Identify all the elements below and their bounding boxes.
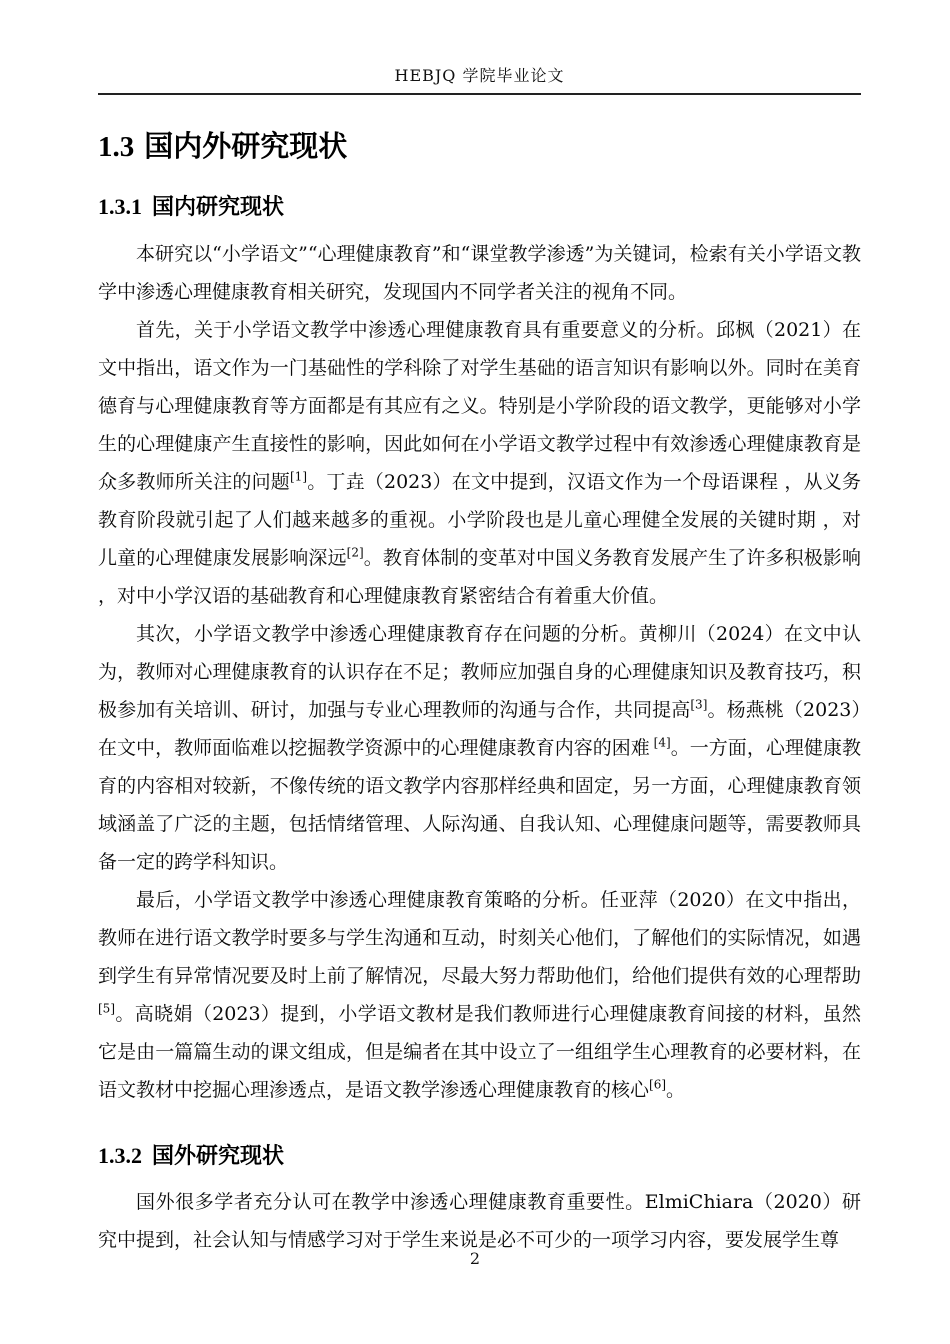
heading-1-3-2-title: 国外研究现状 [152, 1143, 284, 1168]
heading-1-3-1: 1.3.1国内研究现状 [98, 193, 861, 222]
heading-1-3-title: 国内外研究现状 [144, 131, 347, 163]
heading-1-3-1-number: 1.3.1 [98, 194, 142, 219]
paragraph-strategy-analysis: 最后，小学语文教学中渗透心理健康教育策略的分析。任亚萍（2020）在文中指出，教… [98, 881, 861, 1109]
page-number: 2 [0, 1249, 950, 1268]
page-content: HEBJQ 学院毕业论文 1.3国内外研究现状 1.3.1国内研究现状 本研究以… [0, 0, 950, 1259]
heading-1-3: 1.3国内外研究现状 [98, 128, 861, 165]
heading-1-3-2: 1.3.2国外研究现状 [98, 1142, 861, 1171]
paragraph-significance-analysis: 首先，关于小学语文教学中渗透心理健康教育具有重要意义的分析。邱枫（2021）在文… [98, 311, 861, 615]
header-rule [98, 93, 861, 95]
paragraph-problems-analysis: 其次，小学语文教学中渗透心理健康教育存在问题的分析。黄柳川（2024）在文中认为… [98, 615, 861, 881]
thesis-page: HEBJQ 学院毕业论文 1.3国内外研究现状 1.3.1国内研究现状 本研究以… [0, 0, 950, 1344]
running-header: HEBJQ 学院毕业论文 [98, 0, 861, 95]
paragraph-keywords-overview: 本研究以“小学语文”“心理健康教育”和“课堂教学渗透”为关键词，检索有关小学语文… [98, 235, 861, 311]
heading-1-3-number: 1.3 [98, 131, 134, 163]
heading-1-3-2-number: 1.3.2 [98, 1143, 142, 1168]
section-1-3-1-body: 本研究以“小学语文”“心理健康教育”和“课堂教学渗透”为关键词，检索有关小学语文… [98, 235, 861, 1109]
running-header-title: HEBJQ 学院毕业论文 [98, 63, 861, 86]
heading-1-3-1-title: 国内研究现状 [152, 194, 284, 219]
